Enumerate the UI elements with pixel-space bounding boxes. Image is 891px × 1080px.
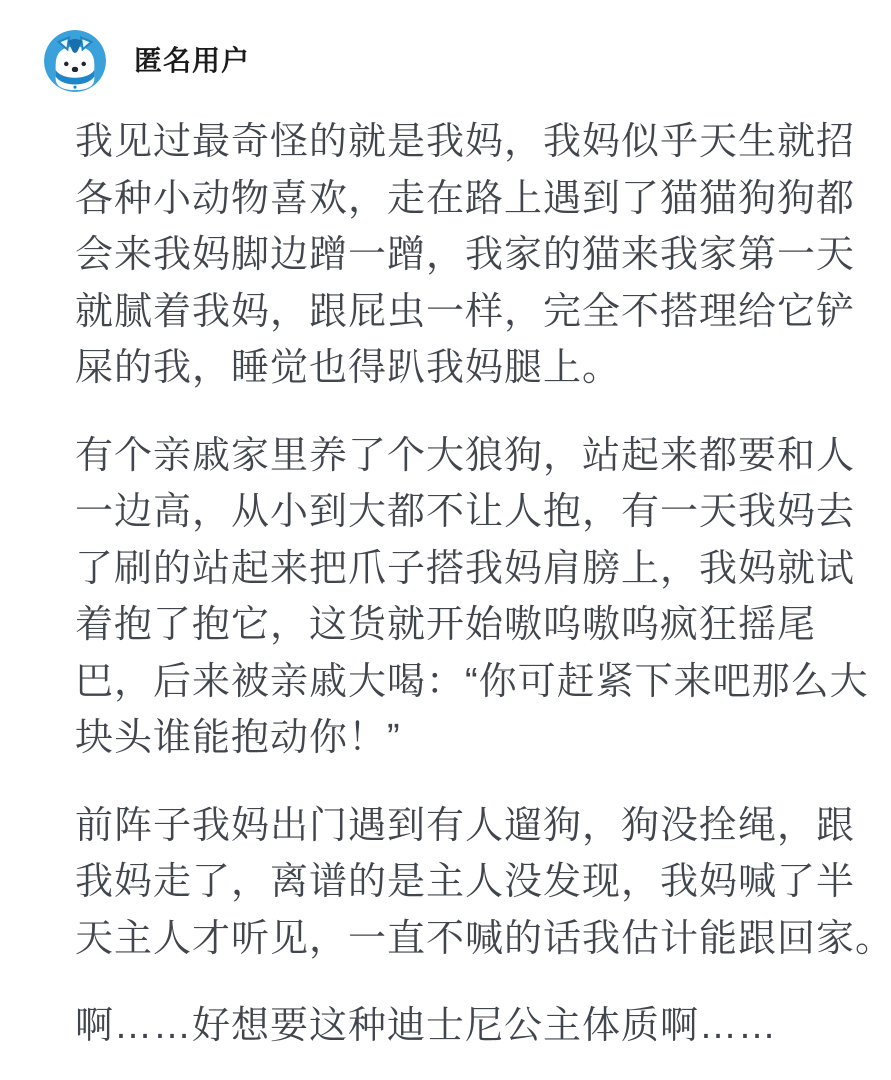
post-header: 匿名用户: [44, 30, 250, 92]
username-label[interactable]: 匿名用户: [134, 30, 250, 92]
text-line: 着抱了抱它，这货就开始嗷呜嗷呜疯狂摇尾: [75, 597, 875, 654]
mascot-avatar-icon: [44, 30, 106, 92]
text-line: 前阵子我妈出门遇到有人遛狗，狗没拴绳，跟: [75, 798, 875, 855]
paragraph: 前阵子我妈出门遇到有人遛狗，狗没拴绳，跟我妈走了，离谱的是主人没发现，我妈喊了半…: [75, 798, 875, 968]
text-line: 我妈走了，离谱的是主人没发现，我妈喊了半: [75, 854, 875, 911]
text-line: 了刷的站起来把爪子搭我妈肩膀上，我妈就试: [75, 541, 875, 598]
text-line: 屎的我，睡觉也得趴我妈腿上。: [75, 340, 875, 397]
text-line: 会来我妈脚边蹭一蹭，我家的猫来我家第一天: [75, 227, 875, 284]
answer-text: 我见过最奇怪的就是我妈，我妈似乎天生就招各种小动物喜欢，走在路上遇到了猫猫狗狗都…: [75, 114, 875, 1055]
answer-post: 匿名用户 我见过最奇怪的就是我妈，我妈似乎天生就招各种小动物喜欢，走在路上遇到了…: [0, 0, 891, 1080]
text-line: 我见过最奇怪的就是我妈，我妈似乎天生就招: [75, 114, 875, 171]
text-line: 天主人才听见，一直不喊的话我估计能跟回家。: [75, 911, 875, 968]
text-line: 各种小动物喜欢，走在路上遇到了猫猫狗狗都: [75, 171, 875, 228]
paragraph: 我见过最奇怪的就是我妈，我妈似乎天生就招各种小动物喜欢，走在路上遇到了猫猫狗狗都…: [75, 114, 875, 397]
text-line: 啊……好想要这种迪士尼公主体质啊……: [75, 998, 875, 1055]
text-line: 有个亲戚家里养了个大狼狗，站起来都要和人: [75, 428, 875, 485]
paragraph: 啊……好想要这种迪士尼公主体质啊……: [75, 998, 875, 1055]
anonymous-user-avatar[interactable]: [44, 30, 106, 92]
paragraph: 有个亲戚家里养了个大狼狗，站起来都要和人一边高，从小到大都不让人抱，有一天我妈去…: [75, 428, 875, 767]
text-line: 就腻着我妈，跟屁虫一样，完全不搭理给它铲: [75, 284, 875, 341]
text-line: 巴，后来被亲戚大喝：“你可赶紧下来吧那么大: [75, 654, 875, 711]
text-line: 一边高，从小到大都不让人抱，有一天我妈去: [75, 484, 875, 541]
text-line: 块头谁能抱动你！”: [75, 710, 875, 767]
